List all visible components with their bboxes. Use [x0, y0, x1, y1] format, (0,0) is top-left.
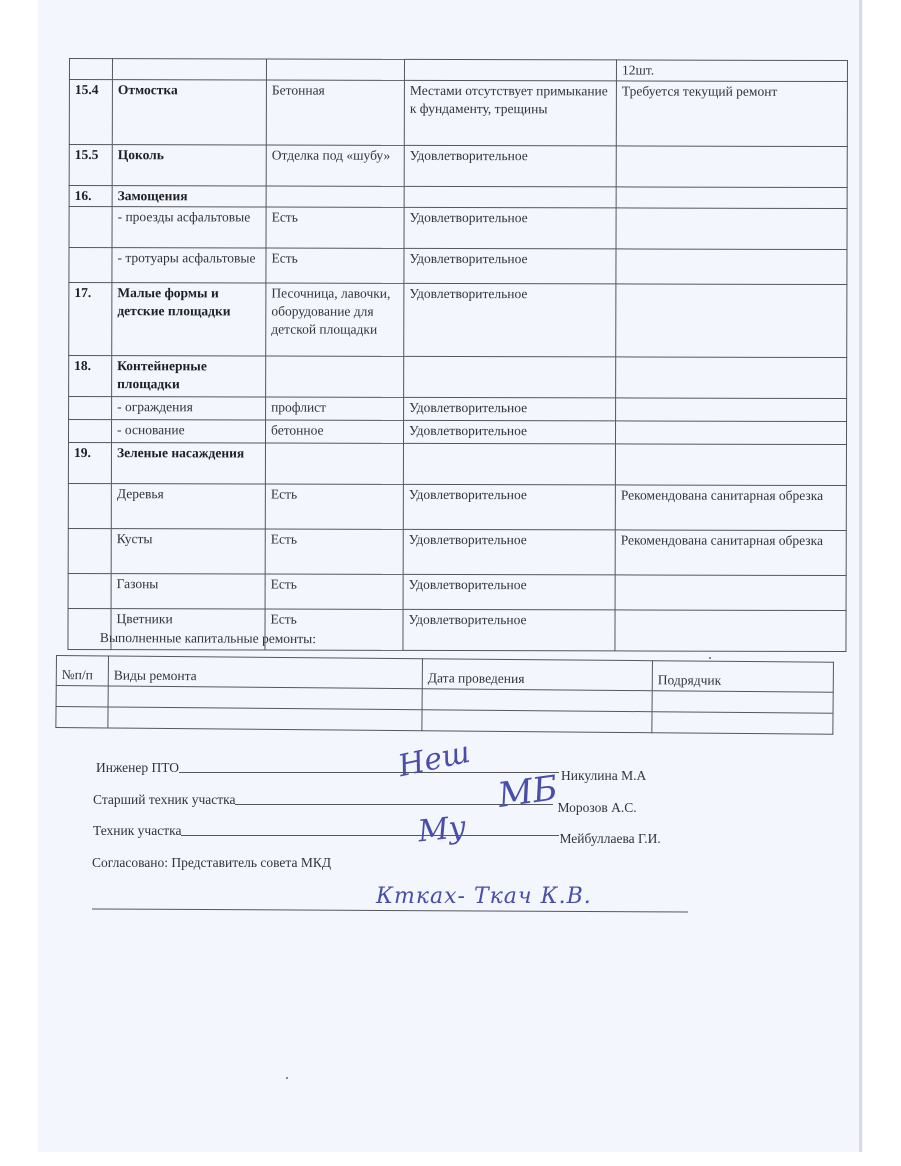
- signer-role: Старший техник участка: [93, 792, 235, 808]
- cell-material: бетонное: [265, 420, 403, 443]
- cell-element: - проезды асфальтовые: [112, 207, 266, 248]
- repairs-caption: Выполненные капитальные ремонты:: [100, 630, 316, 647]
- cell-element: - основание: [111, 420, 265, 443]
- cell-number: [69, 397, 112, 420]
- cell-number: [68, 528, 111, 573]
- cell-element: Контейнерные площадки: [112, 356, 266, 397]
- cell-condition: Местами отсутствует примыкание к фундаме…: [404, 80, 616, 146]
- cell-condition: [403, 443, 615, 485]
- cell-notes: [616, 249, 847, 285]
- cell-notes: [616, 187, 847, 209]
- cell: [108, 707, 422, 731]
- cell-number: 15.5: [69, 145, 112, 186]
- cell-notes: [615, 610, 846, 652]
- cell-element: Газоны: [111, 574, 265, 609]
- cell-number: [69, 207, 112, 248]
- cell-material: [266, 186, 404, 207]
- table-row: - проезды асфальтовыеЕстьУдовлетворитель…: [69, 207, 847, 250]
- signer-name: Мейбуллаева Г.И.: [559, 831, 660, 847]
- cell-condition: Удовлетворительное: [403, 420, 615, 444]
- cell-element: Деревья: [111, 484, 265, 529]
- page-edge: [859, 0, 862, 1152]
- signature-line-engineer: Инженер ПТО Никулина М.А: [96, 760, 646, 776]
- table-row: 18.Контейнерные площадки: [69, 356, 847, 399]
- cell-material: [265, 443, 403, 484]
- cell-element: Цоколь: [112, 145, 266, 186]
- cell-material: Отделка под «шубу»: [266, 145, 404, 186]
- cell-condition: Удовлетворительное: [403, 484, 615, 530]
- cell: [652, 691, 833, 714]
- cell-number: 16.: [69, 186, 112, 207]
- cell-number: [68, 573, 111, 608]
- cell: [56, 686, 108, 707]
- signer-role: Инженер ПТО: [96, 760, 179, 776]
- table-row: 12шт.: [69, 59, 847, 82]
- cell-condition: Удовлетворительное: [404, 283, 616, 357]
- table-row: ГазоныЕстьУдовлетворительное: [68, 573, 846, 610]
- cell-condition: Удовлетворительное: [403, 609, 615, 651]
- signature-line-technician: Техник участка Мейбуллаева Г.И.: [93, 823, 661, 839]
- approval-label: Согласовано: Представитель совета МКД: [92, 855, 331, 871]
- cell-material: Есть: [265, 574, 403, 609]
- signer-name: Морозов А.С.: [557, 800, 636, 816]
- cell-notes: Требуется текущий ремонт: [616, 81, 847, 147]
- cell-notes: Рекомендована санитарная обрезка: [615, 485, 846, 531]
- cell-number: 19.: [68, 443, 111, 484]
- table-row: 17.Малые формы и детские площадкиПесочни…: [69, 283, 847, 358]
- cell-material: Есть: [266, 248, 404, 283]
- cell: [652, 712, 833, 735]
- cell-element: Зеленые насаждения: [111, 443, 265, 484]
- cell-element: [112, 59, 266, 80]
- cell-notes: [616, 357, 847, 399]
- cell-number: 15.4: [69, 80, 112, 145]
- cell-condition: [404, 59, 616, 81]
- cell-material: [266, 59, 404, 80]
- inspection-table: 12шт.15.4ОтмосткаБетоннаяМестами отсутст…: [67, 58, 848, 652]
- table-row: 19.Зеленые насаждения: [68, 443, 846, 486]
- header-repair-type: Виды ремонта: [108, 656, 422, 689]
- cell: [422, 689, 652, 712]
- handwritten-signature: МБ: [496, 768, 561, 816]
- table-row: 15.5ЦокольОтделка под «шубу»Удовлетворит…: [69, 145, 847, 188]
- cell: [56, 707, 108, 728]
- cell-condition: Удовлетворительное: [403, 529, 615, 575]
- header-number: №п/п: [56, 656, 108, 686]
- cell-material: профлист: [266, 397, 404, 420]
- table-row: - тротуары асфальтовыеЕстьУдовлетворител…: [69, 248, 847, 285]
- cell-notes: Рекомендована санитарная обрезка: [615, 530, 846, 576]
- table-row: КустыЕстьУдовлетворительноеРекомендована…: [68, 528, 846, 575]
- cell-notes: [616, 284, 847, 358]
- cell-notes: [616, 398, 847, 422]
- cell-notes: [615, 575, 846, 611]
- cell: [422, 710, 652, 733]
- cell-element: Кусты: [111, 529, 265, 574]
- signature-rule: [179, 771, 559, 773]
- handwritten-signature: Му: [416, 810, 468, 850]
- cell-material: [266, 356, 404, 397]
- signer-name: Никулина М.А: [561, 768, 646, 784]
- cell-number: [69, 59, 112, 80]
- cell-condition: Удовлетворительное: [404, 397, 616, 421]
- scan-speck: [286, 1077, 288, 1079]
- capital-repairs-table: №п/п Виды ремонта Дата проведения Подряд…: [55, 655, 834, 735]
- cell-number: [68, 483, 111, 528]
- cell-material: Есть: [266, 207, 404, 248]
- cell-notes: [615, 421, 846, 445]
- cell-notes: [615, 444, 846, 486]
- cell-element: Замощения: [112, 186, 266, 207]
- cell-condition: [404, 186, 616, 208]
- cell-number: 18.: [69, 356, 112, 397]
- cell-number: 17.: [69, 283, 112, 356]
- header-date: Дата проведения: [422, 659, 652, 691]
- cell-number: [69, 248, 112, 283]
- table-row: ДеревьяЕстьУдовлетворительноеРекомендова…: [68, 483, 846, 530]
- table-row: - основаниебетонноеУдовлетворительное: [68, 420, 846, 445]
- cell-element: - ограждения: [112, 397, 266, 420]
- table-row: - огражденияпрофлистУдовлетворительное: [69, 397, 847, 422]
- table-row: 15.4ОтмосткаБетоннаяМестами отсутствует …: [69, 80, 847, 147]
- cell-notes: [616, 208, 847, 250]
- cell: [108, 686, 422, 710]
- scan-speck: [709, 657, 711, 659]
- cell-condition: Удовлетворительное: [404, 248, 616, 284]
- signer-role: Техник участка: [93, 823, 181, 839]
- cell-element: - тротуары асфальтовые: [112, 248, 266, 283]
- cell-element: Отмостка: [112, 80, 266, 145]
- cell-material: Бетонная: [266, 80, 404, 145]
- cell-material: Есть: [265, 484, 403, 529]
- cell-material: Есть: [265, 529, 403, 574]
- cell-condition: [404, 356, 616, 398]
- signature-rule: [181, 834, 559, 836]
- header-contractor: Подрядчик: [652, 661, 833, 693]
- table-row: 16.Замощения: [69, 186, 847, 209]
- cell-material: Песочница, лавочки, оборудование для дет…: [266, 283, 404, 356]
- cell-number: [68, 420, 111, 443]
- cell-condition: Удовлетворительное: [403, 574, 615, 610]
- cell-notes: 12шт.: [616, 60, 847, 82]
- cell-condition: Удовлетворительное: [404, 145, 616, 187]
- cell-notes: [616, 146, 847, 188]
- cell-element: Малые формы и детские площадки: [112, 283, 266, 356]
- council-representative-signature: Ктках- Ткач К.В.: [376, 884, 592, 909]
- cell-condition: Удовлетворительное: [404, 207, 616, 249]
